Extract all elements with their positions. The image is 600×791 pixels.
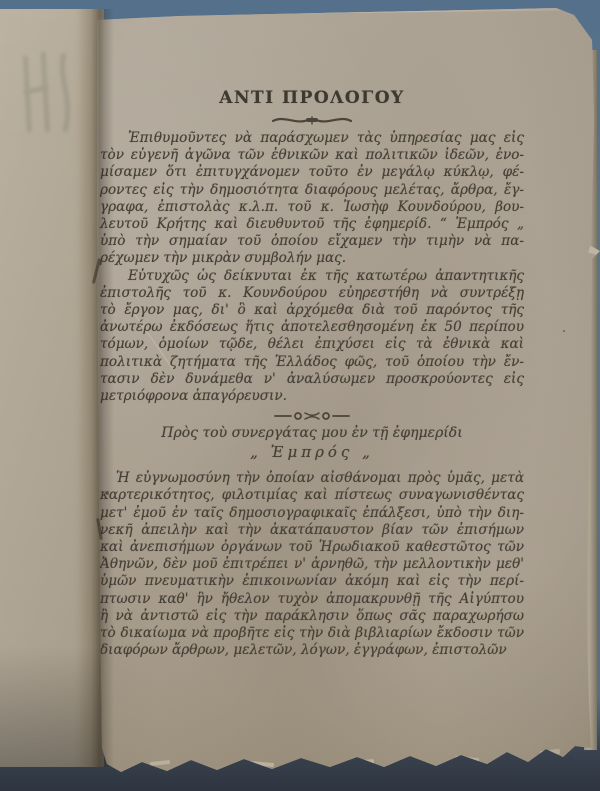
text-line: πολιτικὰ ζητήματα τῆς Ἑλλάδος φῶς, τοῦ ὁ… [100, 354, 524, 371]
text-line: διαφόρων ἄρθρων, μελετῶν, λόγων, ἐγγράφω… [100, 642, 524, 659]
text-line: ἀνωτέρω ἐκδόσεως ἥτις ἀποτελεσθησομένη ἐ… [100, 319, 524, 336]
text-line: ἐπιστολῆς τοῦ κ. Κουνδούρου εὐηρεστήθη ν… [100, 285, 524, 302]
page-title: ΑΝΤΙ ΠΡΟΛΟΓΟΥ [100, 88, 524, 108]
text-line: γραφα, ἐπιστολὰς κ.λ.π. τοῦ κ. Ἰωσὴφ Κου… [100, 199, 524, 216]
text-line: Ἡ εὐγνωμοσύνη τὴν ὁποίαν αἰσθάνομαι πρὸς… [100, 470, 524, 487]
text-line: πτωσιν καθ' ἣν ἤθελον τυχὸν ἀπομακρυνθῇ … [100, 591, 524, 608]
text-line: νεκῆ ἀπειλὴν καὶ τὴν ἀκατάπαυστον βίαν τ… [100, 522, 524, 539]
torn-edge-highlight [455, 756, 479, 763]
paragraph-2: Εὐτυχῶς ὡς δείκνυται ἐκ τῆς κατωτέρω ἀπα… [100, 268, 524, 406]
section-ornament [274, 410, 350, 421]
paragraph-1: Ἐπιθυμοῦντες νὰ παράσχωμεν τὰς ὑπηρεσίας… [100, 130, 524, 268]
text-line: καὶ ἀνεπισήμων ὀργάνων τοῦ Ἡρωδιακοῦ καθ… [100, 539, 524, 556]
title-ornament [270, 113, 354, 127]
torn-edge-highlight [540, 749, 561, 757]
text-line: ἢ νὰ ἀντιστῶ εἰς τὴν παράκλησιν ὅπως σᾶς… [100, 608, 524, 625]
section-heading: Πρὸς τοὺ συνεργάτας μου ἐν τῇ ἐφημερίδι [100, 425, 524, 441]
text-line: τόμων, ὁμοίων τῷδε, θέλει ἐπιχύσει εἰς τ… [100, 336, 524, 353]
text-line: τὸν εὐγενῆ ἀγῶνα τῶν ἐθνικῶν καὶ πολιτικ… [100, 147, 524, 164]
text-line: καρτερικότητος, φιλοτιμίας καὶ πίστεως σ… [100, 487, 524, 504]
text-line: τὸ δικαίωμα νὰ προβῆτε εἰς τὴν διὰ βιβλι… [100, 625, 524, 642]
text-line: λευτοῦ Κρήτης καὶ διευθυντοῦ τῆς ἐφημερί… [100, 216, 524, 233]
text-line: Ἀθηνῶν, δὲν μοῦ ἐπιτρέπει ν' ἀρνηθῶ, τὴν… [100, 556, 524, 573]
text-line: ὑμῶν πνευματικὴν ἐπικοινωνίαν ἀκόμη καὶ … [100, 573, 524, 590]
show-through-stamp [11, 43, 94, 143]
torn-edge-highlight [250, 761, 274, 767]
printed-text-block: ΑΝΤΙ ΠΡΟΛΟΓΟΥ Ἐπιθυμοῦντες νὰ παράσχωμεν… [100, 88, 524, 659]
text-line: μετριόφρονα ἀπαγόρευσιν. [100, 388, 524, 405]
torn-edge-highlight [150, 760, 170, 766]
ink-speck [563, 330, 565, 332]
text-line: ροντες εἰς τὴν δημοσιότητα διαφόρους μελ… [100, 182, 524, 199]
newspaper-name-quote: „ Ἐμπρός „ [100, 443, 524, 461]
text-line: μίσαμεν ὅτι ἐπιτυγχάνομεν τοῦτο ἐν μεγάλ… [100, 164, 524, 181]
top-edge-highlight [100, 8, 570, 16]
text-line: ρέχωμεν τὴν μικρὰν συμβολήν μας. [100, 250, 524, 267]
text-line: Εὐτυχῶς ὡς δείκνυται ἐκ τῆς κατωτέρω ἀπα… [100, 268, 524, 285]
text-line: μετ' ἐμοῦ ἐν ταῖς δημοσιογραφικαῖς ἐπάλξ… [100, 505, 524, 522]
paragraph-3: Ἡ εὐγνωμοσύνη τὴν ὁποίαν αἰσθάνομαι πρὸς… [100, 470, 524, 659]
text-line: τασιν δὲν δυνάμεθα ν' ἀναλύσωμεν προσκρο… [100, 371, 524, 388]
text-line: Ἐπιθυμοῦντες νὰ παράσχωμεν τὰς ὑπηρεσίας… [100, 130, 524, 147]
text-line: ὑπὸ τὴν σημαίαν τοῦ ὁποίου εἴχαμεν τὴν τ… [100, 233, 524, 250]
torn-edge-highlight [352, 759, 374, 765]
book-photo: ΑΝΤΙ ΠΡΟΛΟΓΟΥ Ἐπιθυμοῦντες νὰ παράσχωμεν… [0, 0, 600, 791]
left-page [0, 9, 104, 767]
text-line: τὸ ἔργον μας, δι' ὃ καὶ ἀρχόμεθα διὰ τοῦ… [100, 302, 524, 319]
